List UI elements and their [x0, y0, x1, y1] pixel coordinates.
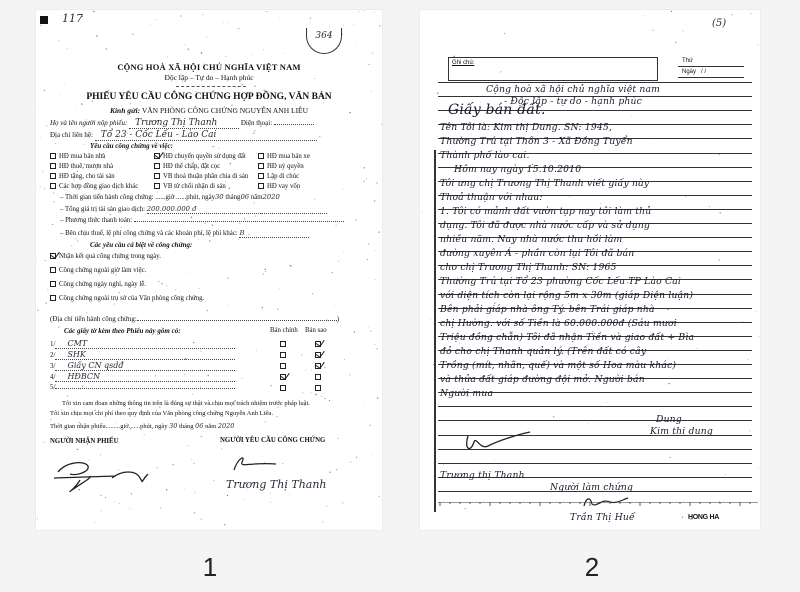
- handwritten-line: nhiều năm. Nay nhà nước thu hồi làm: [440, 234, 622, 245]
- request-option[interactable]: Lập di chúc: [258, 173, 299, 180]
- ruled-line: [438, 82, 752, 83]
- form-title: PHIẾU YÊU CẦU CÔNG CHỨNG HỢP ĐỒNG, VĂN B…: [36, 92, 382, 102]
- declaration-1: Tôi xin cam đoan những thông tin trên là…: [62, 400, 310, 407]
- seller-sign-word: Dung: [656, 414, 682, 425]
- image-label-1: 1: [190, 552, 230, 583]
- handwritten-line: 1. Tôi có mảnh đất vườn tạp nay tôi làm …: [440, 206, 651, 217]
- handwritten-line: Thường Trú tại Thôn 3 - Xã Đồng Tuyển: [440, 136, 633, 147]
- request-option[interactable]: HĐ tặng, cho tài sản: [50, 173, 115, 180]
- original-checkbox[interactable]: [280, 385, 286, 391]
- special-address-row: (Địa chỉ tiến hành công chứng:): [50, 315, 339, 323]
- special-option[interactable]: Công chứng ngoài giờ làm việc.: [50, 267, 146, 274]
- original-checkbox[interactable]: [280, 341, 286, 347]
- checkbox[interactable]: [258, 163, 264, 169]
- payment-value: [134, 221, 344, 222]
- special-section-title: Các yêu cầu cá biệt về công chứng:: [90, 241, 192, 249]
- date-row: Ngày / /: [682, 69, 706, 75]
- checkbox[interactable]: [50, 183, 56, 189]
- addressee-line: Kính gửi: VĂN PHÒNG CÔNG CHỨNG NGUYỄN AN…: [36, 106, 382, 115]
- document-title: Giấy bán đất.: [448, 102, 546, 118]
- handwritten-line: Hôm nay ngày 15.10.2010: [454, 164, 581, 175]
- request-option[interactable]: HĐ mua bán xe: [258, 153, 310, 160]
- addressee: VĂN PHÒNG CÔNG CHỨNG NGUYỄN ANH LIÊU: [142, 106, 308, 115]
- ruled-line: [438, 420, 752, 421]
- attachments-section-title: Các giấy tờ kèm theo Phiếu này gồm có:: [64, 327, 181, 335]
- request-option[interactable]: HĐ vay vốn: [258, 183, 300, 190]
- motto-divider: [176, 86, 246, 87]
- checkbox[interactable]: [258, 153, 264, 159]
- document-image-1[interactable]: 117 364 CỘNG HOÀ XÃ HỘI CHỦ NGHĨA VIỆT N…: [36, 10, 382, 530]
- attachment-row: 1/CMT: [50, 339, 235, 349]
- checkbox[interactable]: [50, 295, 56, 301]
- fee-row: – Bên chịu thuế, lệ phí công chứng và cá…: [60, 229, 309, 238]
- addressee-label: Kính gửi:: [110, 106, 140, 115]
- request-option[interactable]: HĐ thuê, mượn nhà: [50, 163, 113, 170]
- time-day: 30: [215, 193, 224, 201]
- receiver-title: NGƯỜI NHẬN PHIẾU: [50, 438, 118, 445]
- submitter-value: Trương Thị Thanh: [129, 118, 239, 129]
- request-option[interactable]: Các hợp đồng giao dịch khác: [50, 183, 138, 190]
- handwritten-line: Tôi ưng chị Trương Thị Thanh viết giấy n…: [440, 178, 649, 189]
- handwritten-line: Triệu đồng chẵn) Tôi đã nhận Tiền và gia…: [440, 332, 694, 343]
- attachment-row: 5/: [50, 383, 235, 391]
- original-checkbox[interactable]: [280, 352, 286, 358]
- declaration-2: Tôi xin chịu mọi chi phí theo quy định c…: [50, 410, 273, 417]
- witness-name: Trần Thị Huế: [570, 512, 635, 523]
- request-option[interactable]: HĐ mua bán nhà: [50, 153, 105, 160]
- checkbox[interactable]: [50, 281, 56, 287]
- phone-value: [274, 124, 314, 125]
- fee-value: B: [239, 229, 309, 238]
- time-year: 2020: [263, 193, 280, 201]
- checkbox[interactable]: [50, 163, 56, 169]
- image-label-2: 2: [572, 552, 612, 583]
- checkbox[interactable]: [50, 173, 56, 179]
- handwritten-line: với diện tích còn lại rộng 5m x 30m (giá…: [440, 290, 693, 301]
- time-row: – Thời gian tiến hành công chứng: ......…: [60, 193, 280, 201]
- handwritten-line: đường xuyên Á - phần còn lại Tôi đã bán: [440, 248, 634, 259]
- copy-checkbox[interactable]: [315, 363, 321, 369]
- handwritten-line: Tên Tôi là: Kim thị Dung. SN: 1945,: [440, 122, 612, 133]
- special-option[interactable]: Công chứng ngoài trụ sở của Văn phòng cô…: [50, 295, 204, 302]
- handwritten-line: Thoả thuận với nhau:: [440, 192, 543, 203]
- ruler-scale: [438, 502, 760, 508]
- payment-row: – Phương thức thanh toán:: [60, 217, 344, 224]
- handwritten-line: Trồng (mít, nhãn, quế) và một số Hoa màu…: [440, 360, 676, 371]
- checkbox[interactable]: [154, 163, 160, 169]
- asset-row: – Tổng giá trị tài sản giao dịch: 200.00…: [60, 205, 327, 214]
- corner-mark: [40, 16, 48, 24]
- address-value: Tổ 23 - Cốc Lếu - Lào Cai: [95, 130, 317, 141]
- address-row: Địa chỉ liên hệ: Tổ 23 - Cốc Lếu - Lào C…: [50, 130, 317, 141]
- weekday-label: Thứ: [682, 58, 693, 64]
- national-header: CỘNG HOÀ XÃ HỘI CHỦ NGHĨA VIỆT NAM: [36, 62, 382, 72]
- note-box: Ghi chú:: [448, 57, 658, 81]
- request-option[interactable]: VB từ chối nhận di sản: [154, 183, 226, 190]
- copy-checkbox[interactable]: [315, 341, 321, 347]
- checkbox[interactable]: [258, 183, 264, 189]
- ruled-line: [438, 406, 752, 407]
- stamp-number: 364: [306, 28, 342, 54]
- receipt-row: Thời gian nhận phiếu.........giờ.......p…: [50, 422, 234, 430]
- handwritten-line: Thành phố lào cai.: [440, 150, 530, 161]
- checkbox[interactable]: [50, 267, 56, 273]
- attachment-row: 4/HĐBCN: [50, 372, 235, 382]
- checkbox[interactable]: [258, 173, 264, 179]
- submitter-row: Họ và tên người nộp phiếu: Trương Thị Th…: [50, 118, 314, 129]
- handwritten-line: và thửa đất giáp đường đội mở: Người bán: [440, 374, 645, 385]
- request-option[interactable]: HĐ thế chấp, đặt cọc: [154, 163, 220, 170]
- col-copy: Bản sao: [305, 327, 327, 334]
- handwritten-line: cho chị Trương Thị Thanh: SN: 1965: [440, 262, 617, 273]
- handwritten-line: Người mua: [440, 388, 493, 399]
- handwritten-line: chị Hường. với số Tiền là 60.000.000đ (S…: [440, 318, 677, 329]
- request-option[interactable]: HĐ chuyển quyền sử dụng đất: [154, 153, 246, 160]
- request-section-title: Yêu cầu công chứng về việc:: [90, 142, 173, 150]
- checkbox[interactable]: [154, 173, 160, 179]
- copy-checkbox[interactable]: [315, 385, 321, 391]
- requester-title: NGƯỜI YÊU CẦU CÔNG CHỨNG: [220, 437, 325, 444]
- handwritten-line: Thường Trú tại Tổ 23 phường Cốc Lếu TP L…: [440, 276, 681, 287]
- checkbox[interactable]: [50, 153, 56, 159]
- document-image-2[interactable]: (5) Ghi chú: Thứ Ngày / / Cộng hoà xã hộ…: [420, 10, 760, 530]
- motto: Độc lập – Tự do – Hạnh phúc: [36, 73, 382, 82]
- checkbox[interactable]: [154, 183, 160, 189]
- page-mark: (5): [712, 18, 726, 29]
- special-option[interactable]: Nhận kết quả công chứng trong ngày.: [50, 253, 161, 260]
- special-option[interactable]: Công chứng ngày nghỉ, ngày lễ.: [50, 281, 146, 288]
- brand-label: HONG HA: [688, 514, 719, 521]
- ruled-line: [438, 463, 752, 464]
- asset-value: 200.000.000 đ: [147, 205, 327, 214]
- buyer-signature: [460, 430, 550, 460]
- attachment-row: 3/Giấy CN qsdđ: [50, 361, 235, 371]
- checkbox[interactable]: [50, 253, 56, 259]
- original-checkbox[interactable]: [280, 374, 286, 380]
- seller-name: Kim thị dung: [650, 426, 713, 437]
- copy-checkbox[interactable]: [315, 352, 321, 358]
- buyer-name: Trương thị Thanh: [440, 470, 525, 481]
- phone-label: Điện thoại:: [241, 119, 272, 127]
- request-option[interactable]: VB thoả thuận phân chia di sản: [154, 173, 248, 180]
- handwritten-line: Bên phải giáp nhà ông Tý. bên Trái giáp …: [440, 304, 655, 315]
- handwritten-line: Cộng hoà xã hội chủ nghĩa việt nam: [486, 84, 660, 95]
- submitter-label: Họ và tên người nộp phiếu:: [50, 119, 127, 127]
- request-option[interactable]: HĐ uỷ quyền: [258, 163, 304, 170]
- attachment-row: 2/SHK: [50, 350, 235, 360]
- requester-signature-name: Trương Thị Thanh: [226, 478, 327, 491]
- original-checkbox[interactable]: [280, 363, 286, 369]
- witness-title: Người làm chứng: [550, 482, 633, 493]
- margin-line: [434, 150, 436, 512]
- handwritten-line: dụng. Tôi đã được nhà nước cấp và sử dụn…: [440, 220, 650, 231]
- time-month: 06: [240, 193, 249, 201]
- checkbox[interactable]: [154, 153, 160, 159]
- top-handwritten-note: 117: [62, 12, 83, 25]
- signature-receiver: [36, 448, 382, 508]
- address-label: Địa chỉ liên hệ:: [50, 131, 93, 139]
- copy-checkbox[interactable]: [315, 374, 321, 380]
- col-original: Bản chính: [270, 327, 298, 334]
- handwritten-line: đỏ cho chị Thanh quản lý. (Trên đất có c…: [440, 346, 646, 357]
